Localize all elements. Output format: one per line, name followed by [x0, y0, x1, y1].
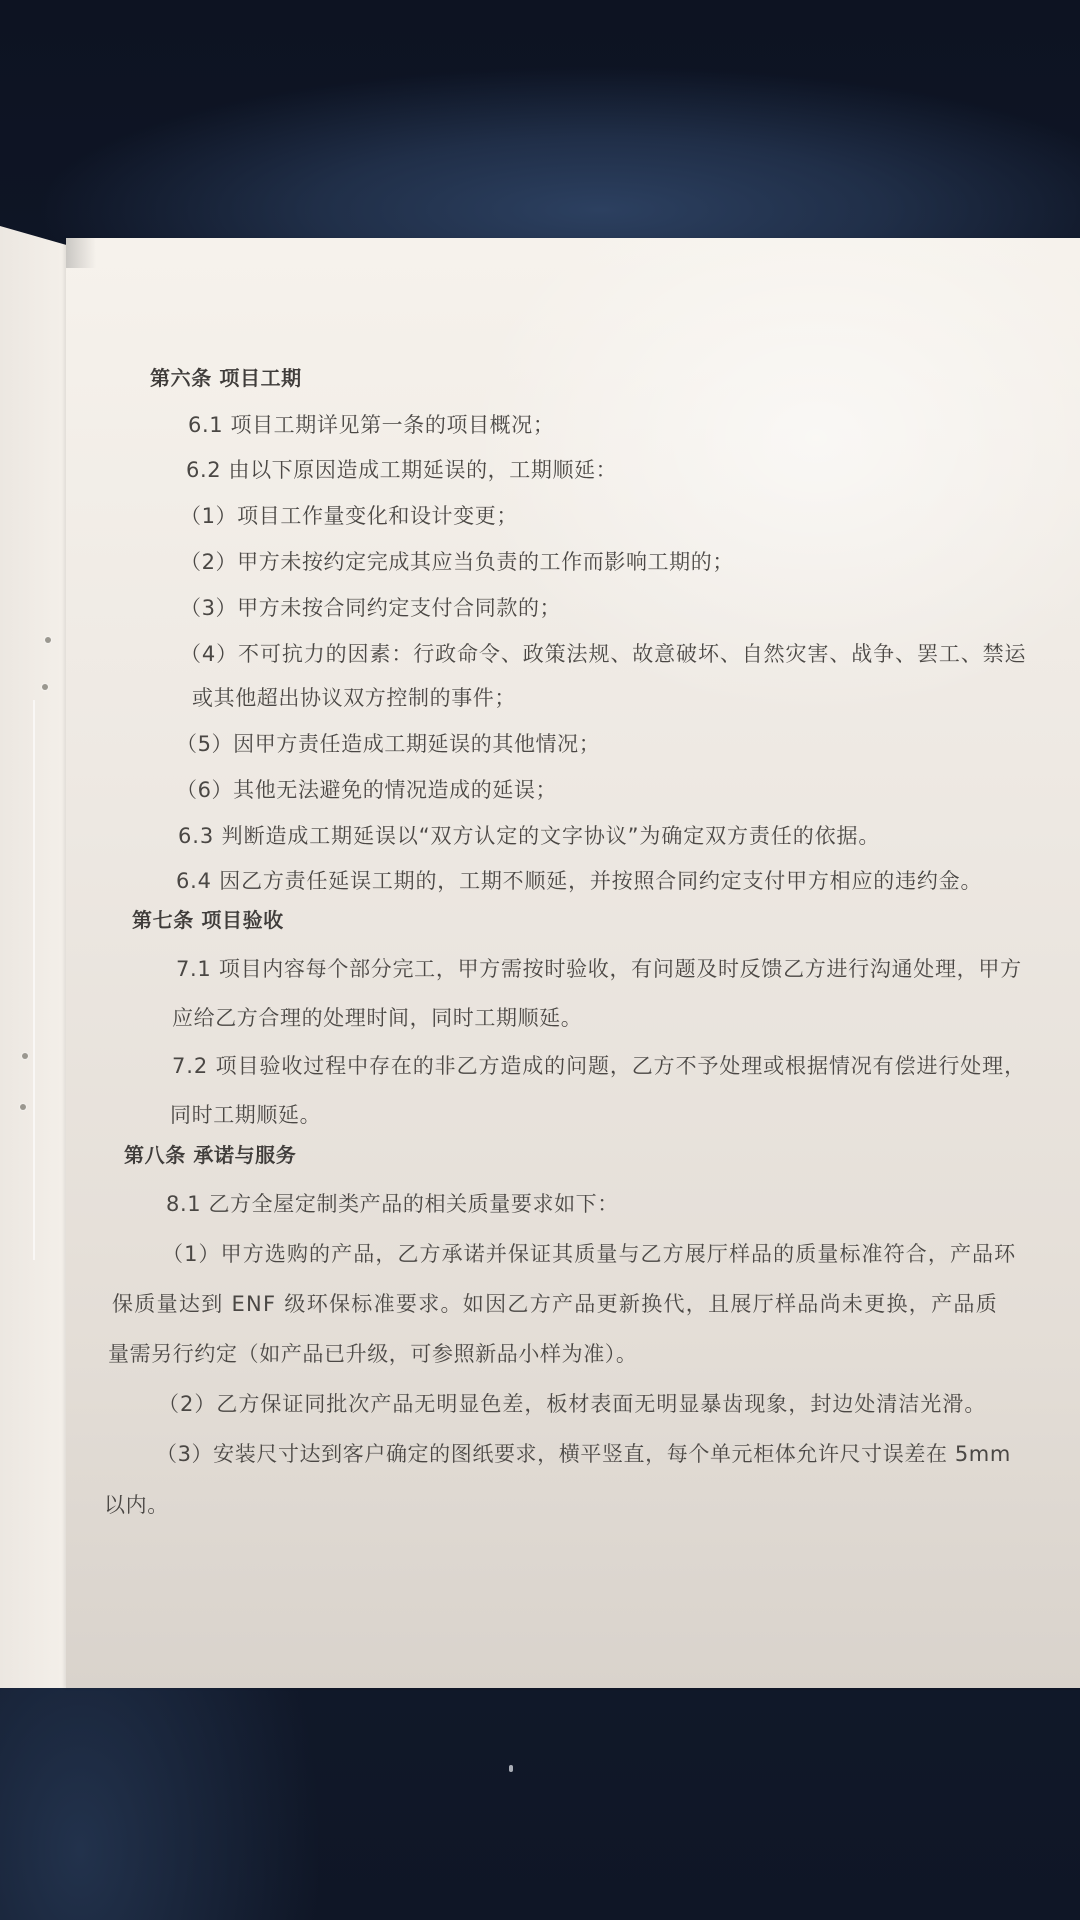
clause-6-3: 6.3 判断造成工期延误以“双方认定的文字协议”为确定双方责任的依据。: [178, 822, 880, 850]
clause-6-2: 6.2 由以下原因造成工期延误的，工期顺延：: [186, 456, 617, 484]
clause-7-2: 7.2 项目验收过程中存在的非乙方造成的问题，乙方不予处理或根据情况有偿进行处理…: [172, 1052, 1026, 1080]
staple-hole: [42, 684, 48, 690]
clause-7-1-cont: 应给乙方合理的处理时间，同时工期顺延。: [172, 1004, 582, 1032]
binding-fold: [33, 700, 35, 1260]
lint-speck: [509, 1765, 513, 1772]
clause-6-2-item-2: （2）甲方未按约定完成其应当负责的工作而影响工期的；: [180, 548, 734, 576]
clause-6-1: 6.1 项目工期详见第一条的项目概况；: [188, 411, 554, 439]
clause-8-1-item-1-cont2: 量需另行约定（如产品已升级，可参照新品小样为准）。: [108, 1340, 638, 1368]
clause-6-2-item-3: （3）甲方未按合同约定支付合同款的；: [180, 594, 561, 622]
clause-7-1: 7.1 项目内容每个部分完工，甲方需按时验收，有问题及时反馈乙方进行沟通处理，甲…: [176, 955, 1022, 983]
page-corner-shadow: [66, 238, 96, 268]
section-heading-8: 第八条 承诺与服务: [124, 1141, 296, 1169]
staple-hole: [22, 1053, 28, 1059]
staple-hole: [45, 637, 51, 643]
section-heading-6: 第六条 项目工期: [150, 364, 302, 392]
clause-6-2-item-4: （4）不可抗力的因素：行政命令、政策法规、故意破坏、自然灾害、战争、罢工、禁运: [180, 640, 1026, 668]
clause-8-1-item-3-cont: 以内。: [104, 1491, 169, 1519]
clause-6-2-item-5: （5）因甲方责任造成工期延误的其他情况；: [176, 730, 600, 758]
clause-8-1-item-3: （3）安装尺寸达到客户确定的图纸要求，横平竖直，每个单元柜体允许尺寸误差在 5m…: [156, 1440, 1011, 1468]
clause-6-2-item-6: （6）其他无法避免的情况造成的延误；: [176, 776, 557, 804]
clause-8-1: 8.1 乙方全屋定制类产品的相关质量要求如下：: [166, 1190, 619, 1218]
clause-6-4: 6.4 因乙方责任延误工期的，工期不顺延，并按照合同约定支付甲方相应的违约金。: [176, 867, 982, 895]
underlying-page-edge: [0, 226, 70, 1688]
clause-6-2-item-1: （1）项目工作量变化和设计变更；: [180, 502, 518, 530]
section-heading-7: 第七条 项目验收: [132, 906, 284, 934]
clause-8-1-item-2: （2）乙方保证同批次产品无明显色差，板材表面无明显暴齿现象，封边处清洁光滑。: [158, 1390, 986, 1418]
clause-7-2-cont: 同时工期顺延。: [170, 1101, 321, 1129]
clause-8-1-item-1: （1）甲方选购的产品，乙方承诺并保证其质量与乙方展厅样品的质量标准符合，产品环: [162, 1240, 1016, 1268]
clause-6-2-item-4-cont: 或其他超出协议双方控制的事件；: [192, 684, 516, 712]
staple-hole: [20, 1104, 26, 1110]
clause-8-1-item-1-cont: 保质量达到 ENF 级环保标准要求。如因乙方产品更新换代，且展厅样品尚未更换，产…: [112, 1290, 998, 1318]
